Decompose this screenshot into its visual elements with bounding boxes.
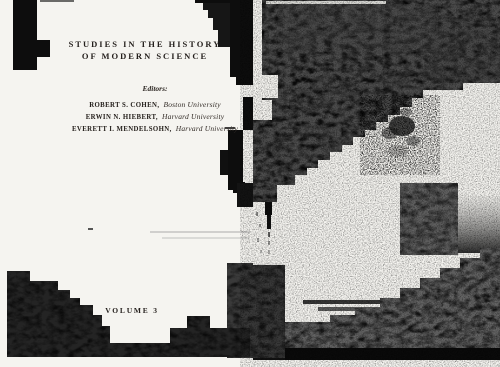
title-page-text: STUDIES IN THE HISTORY OF MODERN SCIENCE…	[0, 0, 500, 367]
editor-name: EVERETT I. MENDELSOHN,	[72, 126, 172, 133]
editor-name: ROBERT S. COHEN,	[89, 102, 159, 109]
series-title-line2: OF MODERN SCIENCE	[55, 51, 235, 63]
editor-line: EVERETT I. MENDELSOHN, Harvard Universit…	[40, 121, 270, 133]
series-title: STUDIES IN THE HISTORY OF MODERN SCIENCE	[55, 39, 235, 62]
editors-list: ROBERT S. COHEN, Boston University ERWIN…	[40, 97, 270, 133]
editors-heading: Editors:	[70, 84, 240, 93]
editor-name: ERWIN N. HIEBERT,	[86, 114, 158, 121]
editor-line: ERWIN N. HIEBERT, Harvard University	[40, 109, 270, 121]
editor-line: ROBERT S. COHEN, Boston University	[40, 97, 270, 109]
scanned-book-page: STUDIES IN THE HISTORY OF MODERN SCIENCE…	[0, 0, 500, 367]
series-title-line1: STUDIES IN THE HISTORY	[55, 39, 235, 51]
editor-affiliation: Boston University	[163, 100, 220, 109]
volume-label: VOLUME 3	[92, 306, 172, 315]
editor-affiliation: Harvard University	[176, 124, 238, 133]
